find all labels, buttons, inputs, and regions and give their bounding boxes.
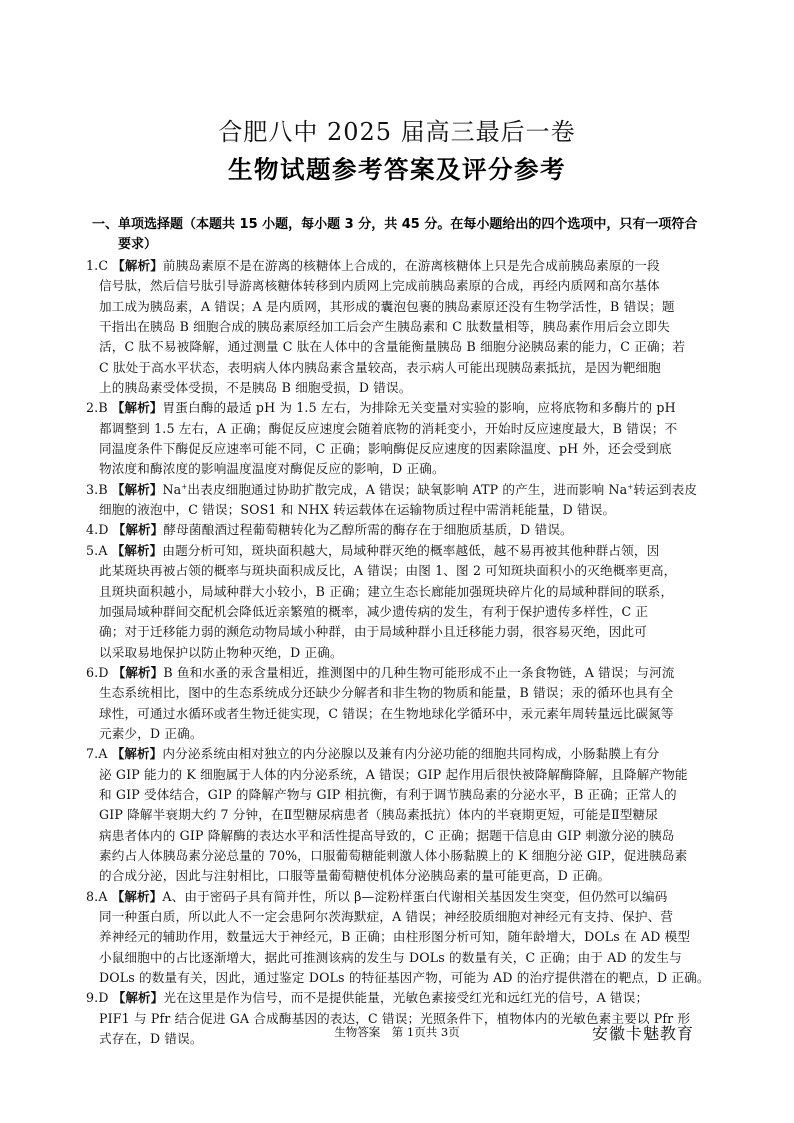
question-number: 3.: [86, 482, 98, 497]
answer-text-part: 转运到表皮: [633, 482, 697, 497]
answer-choice: B: [98, 400, 107, 415]
answer-text-line: 加工成为胰岛素，A 错误；A 是内质网，其形成的囊泡包裹的胰岛素原还没有生物学活…: [86, 297, 714, 317]
answer-text-line: 且斑块面积越小，局域种群大小较小，B 正确；建立生态长廊能加强斑块碎片化的局域种…: [86, 582, 714, 602]
answer-first-line: 2.B 【解析】胃蛋白酶的最适 pH 为 1.5 左右，为排除无关变量对实验的影…: [86, 398, 714, 418]
answer-text-line: 信号肽，然后信号肽引导游离核糖体转移到内质网上完成前胰岛素原的合成，再经内质网和…: [86, 276, 714, 296]
answer-text-line: 确；对于迁移能力弱的濒危动物局域小种群，由于局域种群小且迁移能力弱，很容易灭绝，…: [86, 622, 714, 642]
answer-text-line: 干指出在胰岛 B 细胞合成的胰岛素原经加工后会产生胰岛素和 C 肽数量相等，胰岛…: [86, 317, 714, 337]
answer-item-5: 5.A 【解析】由题分析可知，斑块面积越大，局域种群灭绝的概率越低，越不易再被其…: [86, 541, 714, 663]
question-number: 8.: [86, 889, 98, 904]
question-number: 1.: [86, 258, 98, 273]
school-exam-title: 合肥八中 2025 届高三最后一卷: [0, 112, 794, 147]
answer-text: 胃蛋白酶的最适 pH 为 1.5 左右，为排除无关变量对实验的影响，应将底物和多…: [163, 400, 676, 415]
answer-text-line: DOLs 的数量有关，因此，通过鉴定 DOLs 的特征基因产物，可能为 AD 的…: [86, 968, 714, 988]
answer-text-line: GIP 降解半衰期大约 7 分钟，在Ⅱ型糖尿病患者（胰岛素抵抗）体内的半衰期更短…: [86, 805, 714, 825]
answer-text-line: 泌 GIP 能力的 K 细胞属于人体的内分泌系统，A 错误；GIP 起作用后很快…: [86, 765, 714, 785]
answer-text: 前胰岛素原不是在游离的核糖体上合成的，在游离核糖体上只是先合成前胰岛素原的一段: [163, 258, 660, 273]
document-title: 生物试题参考答案及评分参考: [0, 151, 794, 186]
answer-text-line: 物浓度和酶浓度的影响温度温度对酶促反应的影响，D 正确。: [86, 459, 714, 479]
answer-choice: D: [98, 522, 108, 537]
answer-first-line: 7.A 【解析】内分泌系统由相对独立的内分泌腺以及兼有内分泌功能的细胞共同构成，…: [86, 744, 714, 764]
analysis-tag: 【解析】: [112, 400, 163, 415]
analysis-tag: 【解析】: [113, 990, 164, 1005]
answer-text: 酵母菌酿酒过程葡萄糖转化为乙醇所需的酶存在于细胞质基质，D 错误。: [163, 522, 572, 537]
answer-text: 由题分析可知，斑块面积越大，局域种群灭绝的概率越低，越不易再被其他种群占领，因: [162, 543, 659, 558]
answer-item-4: 4.D 【解析】酵母菌酿酒过程葡萄糖转化为乙醇所需的酶存在于细胞质基质，D 错误…: [86, 520, 714, 540]
answer-text-line: 都调整到 1.5 左右，A 正确；酶促反应速度会随着底物的消耗变小，开始时反应速…: [86, 419, 714, 439]
analysis-tag: 【解析】: [113, 665, 164, 680]
answer-first-line: 4.D 【解析】酵母菌酿酒过程葡萄糖转化为乙醇所需的酶存在于细胞质基质，D 错误…: [86, 520, 714, 540]
answer-text-line: 养神经元的辅助作用，数量远大于神经元，B 正确；由柱形图分析可知，随年龄增大，D…: [86, 927, 714, 947]
answer-choice: A: [98, 746, 107, 761]
answer-choice: B: [98, 482, 107, 497]
analysis-tag: 【解析】: [113, 522, 164, 537]
answer-text-line: 小鼠细胞中的占比逐渐增大，据此可推测该病的发生与 DOLs 的数量有关，C 正确…: [86, 948, 714, 968]
answer-text-part: 出表皮细胞通过协助扩散完成，A 错误；缺氧影响 ATP 的产生，进而影响 Na: [187, 482, 627, 497]
answer-text-line: 加强局域种群间交配机会降低近亲繁殖的概率，减少遗传病的发生，有利于保护遗传多样性…: [86, 602, 714, 622]
question-number: 2.: [86, 400, 98, 415]
analysis-tag: 【解析】: [112, 482, 163, 497]
analysis-tag: 【解析】: [112, 889, 163, 904]
answer-first-line: 1.C 【解析】前胰岛素原不是在游离的核糖体上合成的，在游离核糖体上只是先合成前…: [86, 256, 714, 276]
answer-first-line: 8.A 【解析】A、由于密码子具有简并性，所以 β—淀粉样蛋白代谢相关基因发生突…: [86, 887, 714, 907]
answer-text: B 鱼和水蚤的汞含量相近，推测图中的几种生物可能形成不止一条食物链，A 错误；与…: [163, 665, 674, 680]
answer-text-line: 此某斑块再被占领的概率与斑块面积成反比，A 错误；由图 1、图 2 可知斑块面积…: [86, 561, 714, 581]
answer-text-line: C 肽处于高水平状态，表明病人体内胰岛素含量较高，表示病人可能出现胰岛素抵抗，是…: [86, 358, 714, 378]
answer-text-line: 的合成分泌，因此与注射相比，口服等量葡萄糖使机体分泌胰岛素的量可能更高，D 正确…: [86, 866, 714, 886]
answer-item-1: 1.C 【解析】前胰岛素原不是在游离的核糖体上合成的，在游离核糖体上只是先合成前…: [86, 256, 714, 398]
answer-text-line: 元素少，D 正确。: [86, 724, 714, 744]
answer-text-line: 病患者体内的 GIP 降解酶的表达水平和活性提高导致的，C 正确；据题干信息由 …: [86, 826, 714, 846]
answer-first-line: 6.D 【解析】B 鱼和水蚤的汞含量相近，推测图中的几种生物可能形成不止一条食物…: [86, 663, 714, 683]
answer-item-8: 8.A 【解析】A、由于密码子具有简并性，所以 β—淀粉样蛋白代谢相关基因发生突…: [86, 887, 714, 989]
analysis-tag: 【解析】: [112, 258, 163, 273]
question-number: 7.: [86, 746, 98, 761]
answer-text-part: Na: [163, 482, 182, 497]
answer-text-line: 细胞的液泡中，C 错误；SOS1 和 NHX 转运载体在运输物质过程中需消耗能量…: [86, 500, 714, 520]
answer-choice: A: [98, 889, 107, 904]
section-heading-line-2: 要求）: [92, 235, 712, 255]
section-heading: 一、单项选择题（本题共 15 小题，每小题 3 分，共 45 分。在每小题给出的…: [92, 215, 712, 255]
page-number-label: 生物答案 第 1页共 3页: [334, 1025, 459, 1039]
answer-choice: A: [98, 543, 107, 558]
answer-text-line: 同一种蛋白质，所以此人不一定会患阿尔茨海默症，A 错误；神经胶质细胞对神经元有支…: [86, 907, 714, 927]
section-heading-line-1: 一、单项选择题（本题共 15 小题，每小题 3 分，共 45 分。在每小题给出的…: [92, 215, 712, 235]
answer-text-line: 同温度条件下酶促反应速率可能不同，C 正确；影响酶促反应速度的因素除温度、pH …: [86, 439, 714, 459]
analysis-tag: 【解析】: [112, 543, 163, 558]
answer-text-line: 和 GIP 受体结合，GIP 的降解产物与 GIP 相抗衡，有利于调节胰岛素的分…: [86, 785, 714, 805]
answer-item-6: 6.D 【解析】B 鱼和水蚤的汞含量相近，推测图中的几种生物可能形成不止一条食物…: [86, 663, 714, 744]
answer-first-line: 3.B 【解析】Na+出表皮细胞通过协助扩散完成，A 错误；缺氧影响 ATP 的…: [86, 480, 714, 500]
answer-choice: D: [98, 665, 108, 680]
answer-text-line: 上的胰岛素受体受损，不是胰岛 B 细胞受损，D 错误。: [86, 378, 714, 398]
answer-text: A、由于密码子具有简并性，所以 β—淀粉样蛋白代谢相关基因发生突变，但仍然可以编…: [162, 889, 667, 904]
answer-text: 内分泌系统由相对独立的内分泌腺以及兼有内分泌功能的细胞共同构成，小肠黏膜上有分: [162, 746, 659, 761]
analysis-tag: 【解析】: [112, 746, 163, 761]
question-number: 4.: [86, 522, 98, 537]
answer-text-line: 素约占人体胰岛素分泌总量的 70%，口服葡萄糖能刺激人体小肠黏膜上的 K 细胞分…: [86, 846, 714, 866]
publisher-watermark: 安徽卡魅教育: [592, 1021, 694, 1044]
answer-list: 1.C 【解析】前胰岛素原不是在游离的核糖体上合成的，在游离核糖体上只是先合成前…: [86, 256, 714, 1049]
answer-text-line: 球性，可通过水循环或者生物迁徙实现，C 错误；在生物地球化学循环中，汞元素年周转…: [86, 704, 714, 724]
answer-text-line: 以采取易地保护以防止物种灭绝，D 正确。: [86, 643, 714, 663]
answer-choice: C: [98, 258, 108, 273]
answer-first-line: 9.D 【解析】光在这里是作为信号，而不是提供能量，光敏色素接受红光和远红光的信…: [86, 988, 714, 1008]
answer-choice: D: [98, 990, 108, 1005]
question-number: 9.: [86, 990, 98, 1005]
answer-first-line: 5.A 【解析】由题分析可知，斑块面积越大，局域种群灭绝的概率越低，越不易再被其…: [86, 541, 714, 561]
question-number: 6.: [86, 665, 98, 680]
answer-text-line: 活，C 肽不易被降解，通过测量 C 肽在人体中的含量能衡量胰岛 B 细胞分泌胰岛…: [86, 337, 714, 357]
answer-item-2: 2.B 【解析】胃蛋白酶的最适 pH 为 1.5 左右，为排除无关变量对实验的影…: [86, 398, 714, 479]
answer-text-line: 生态系统相比，图中的生态系统成分还缺少分解者和非生物的物质和能量，B 错误；汞的…: [86, 683, 714, 703]
answer-item-3: 3.B 【解析】Na+出表皮细胞通过协助扩散完成，A 错误；缺氧影响 ATP 的…: [86, 480, 714, 521]
question-number: 5.: [86, 543, 98, 558]
answer-item-7: 7.A 【解析】内分泌系统由相对独立的内分泌腺以及兼有内分泌功能的细胞共同构成，…: [86, 744, 714, 886]
answer-text: 光在这里是作为信号，而不是提供能量，光敏色素接受红光和远红光的信号，A 错误；: [163, 990, 648, 1005]
